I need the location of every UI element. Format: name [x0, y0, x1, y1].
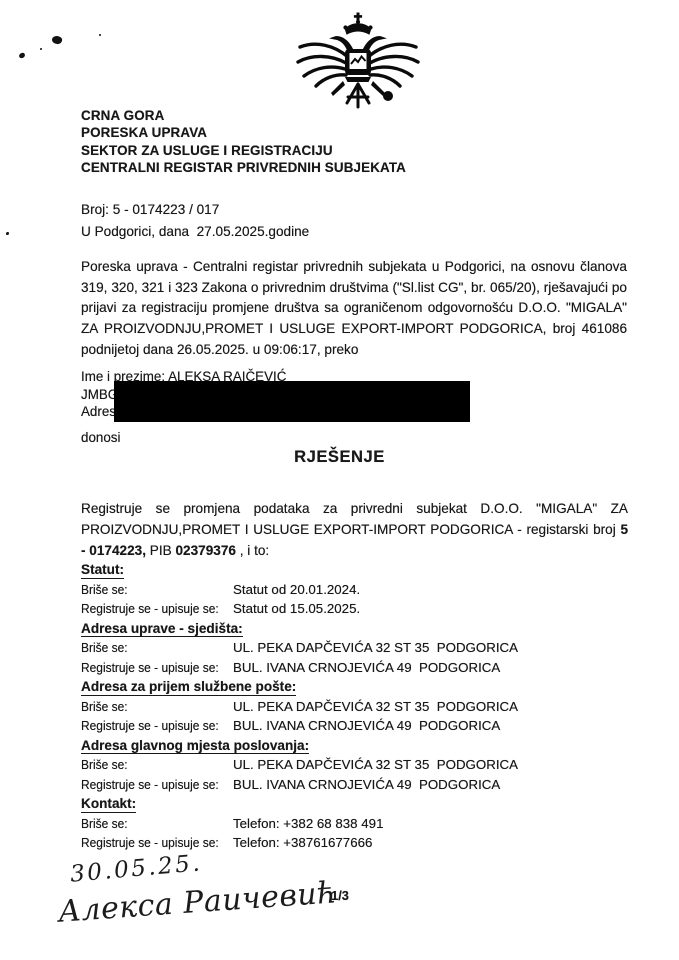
registruje-label: Registruje se - upisuje se:: [81, 775, 219, 795]
brise-label: Briše se:: [81, 755, 128, 775]
registruje-value: BUL. IVANA CRNOJEVIĆA 49 PODGORICA: [233, 658, 500, 678]
letterhead-line-country: CRNA GORA: [81, 107, 406, 124]
brise-label: Briše se:: [81, 580, 128, 600]
section-row: Registruje se - upisuje se: Statut od 15…: [81, 599, 641, 619]
change-sections: Statut: Briše se: Statut od 20.01.2024. …: [81, 560, 641, 853]
letterhead-line-agency: PORESKA UPRAVA: [81, 124, 406, 141]
section-row: Briše se: Statut od 20.01.2024.: [81, 580, 641, 600]
reference-block: Broj: 5 - 0174223 / 017 U Podgorici, dan…: [81, 199, 309, 242]
section-row: Registruje se - upisuje se: BUL. IVANA C…: [81, 716, 641, 736]
handwritten-date: 30.05.25.: [69, 850, 203, 887]
section-row: Briše se: UL. PEKA DAPČEVIĆA 32 ST 35 PO…: [81, 638, 641, 658]
decision-pib-number: 02379376: [175, 543, 235, 558]
ink-speck: [18, 52, 25, 58]
page-number: 1/3: [300, 888, 380, 903]
section-row: Registruje se - upisuje se: BUL. IVANA C…: [81, 775, 641, 795]
decision-seg3: , i to:: [236, 543, 269, 558]
section-title-adresa-uprave: Adresa uprave - sjedišta:: [81, 619, 641, 639]
decision-seg1: Registruje se promjena podataka za privr…: [81, 501, 628, 537]
decision-title: RJEŠENJE: [0, 447, 679, 467]
brise-value: UL. PEKA DAPČEVIĆA 32 ST 35 PODGORICA: [233, 755, 518, 775]
section-title-adresa-poslovanja: Adresa glavnog mjesta poslovanja:: [81, 736, 641, 756]
ink-speck: [99, 34, 101, 36]
brise-value: UL. PEKA DAPČEVIĆA 32 ST 35 PODGORICA: [233, 697, 518, 717]
brise-label: Briše se:: [81, 638, 128, 658]
section-title-statut: Statut:: [81, 560, 641, 580]
decision-seg2: PIB: [146, 543, 175, 558]
brise-value: Statut od 20.01.2024.: [233, 580, 360, 600]
registruje-label: Registruje se - upisuje se:: [81, 658, 219, 678]
section-row: Registruje se - upisuje se: BUL. IVANA C…: [81, 658, 641, 678]
brise-label: Briše se:: [81, 697, 128, 717]
section-row: Briše se: Telefon: +382 68 838 491: [81, 814, 641, 834]
brise-label: Briše se:: [81, 814, 128, 834]
registruje-value: Statut od 15.05.2025.: [233, 599, 360, 619]
section-row: Briše se: UL. PEKA DAPČEVIĆA 32 ST 35 PO…: [81, 697, 641, 717]
scanned-document-page: CRNA GORA PORESKA UPRAVA SEKTOR ZA USLUG…: [0, 0, 679, 960]
ink-speck: [6, 232, 9, 235]
section-title-adresa-poste: Adresa za prijem službene pošte:: [81, 677, 641, 697]
registruje-label: Registruje se - upisuje se:: [81, 716, 219, 736]
letterhead: CRNA GORA PORESKA UPRAVA SEKTOR ZA USLUG…: [81, 107, 406, 177]
letterhead-line-sector: SEKTOR ZA USLUGE I REGISTRACIJU: [81, 142, 406, 159]
case-number-line: Broj: 5 - 0174223 / 017: [81, 199, 309, 221]
donosi-text: donosi: [81, 430, 120, 445]
registruje-value: Telefon: +38761677666: [233, 833, 372, 853]
section-row: Briše se: UL. PEKA DAPČEVIĆA 32 ST 35 PO…: [81, 755, 641, 775]
registruje-value: BUL. IVANA CRNOJEVIĆA 49 PODGORICA: [233, 716, 500, 736]
montenegro-coat-of-arms-icon: [288, 11, 428, 119]
place-date-line: U Podgorici, dana 27.05.2025.godine: [81, 221, 309, 243]
ink-speck: [51, 35, 63, 46]
intro-paragraph: Poreska uprava - Centralni registar priv…: [81, 257, 627, 361]
brise-value: Telefon: +382 68 838 491: [233, 814, 383, 834]
redaction-box: [114, 381, 470, 422]
brise-value: UL. PEKA DAPČEVIĆA 32 ST 35 PODGORICA: [233, 638, 518, 658]
section-title-kontakt: Kontakt:: [81, 794, 641, 814]
ink-speck: [40, 48, 42, 50]
registruje-label: Registruje se - upisuje se:: [81, 599, 219, 619]
section-row: Registruje se - upisuje se: Telefon: +38…: [81, 833, 641, 853]
registruje-value: BUL. IVANA CRNOJEVIĆA 49 PODGORICA: [233, 775, 500, 795]
letterhead-line-registry: CENTRALNI REGISTAR PRIVREDNIH SUBJEKATA: [81, 159, 406, 176]
decision-paragraph: Registruje se promjena podataka za privr…: [81, 498, 628, 561]
